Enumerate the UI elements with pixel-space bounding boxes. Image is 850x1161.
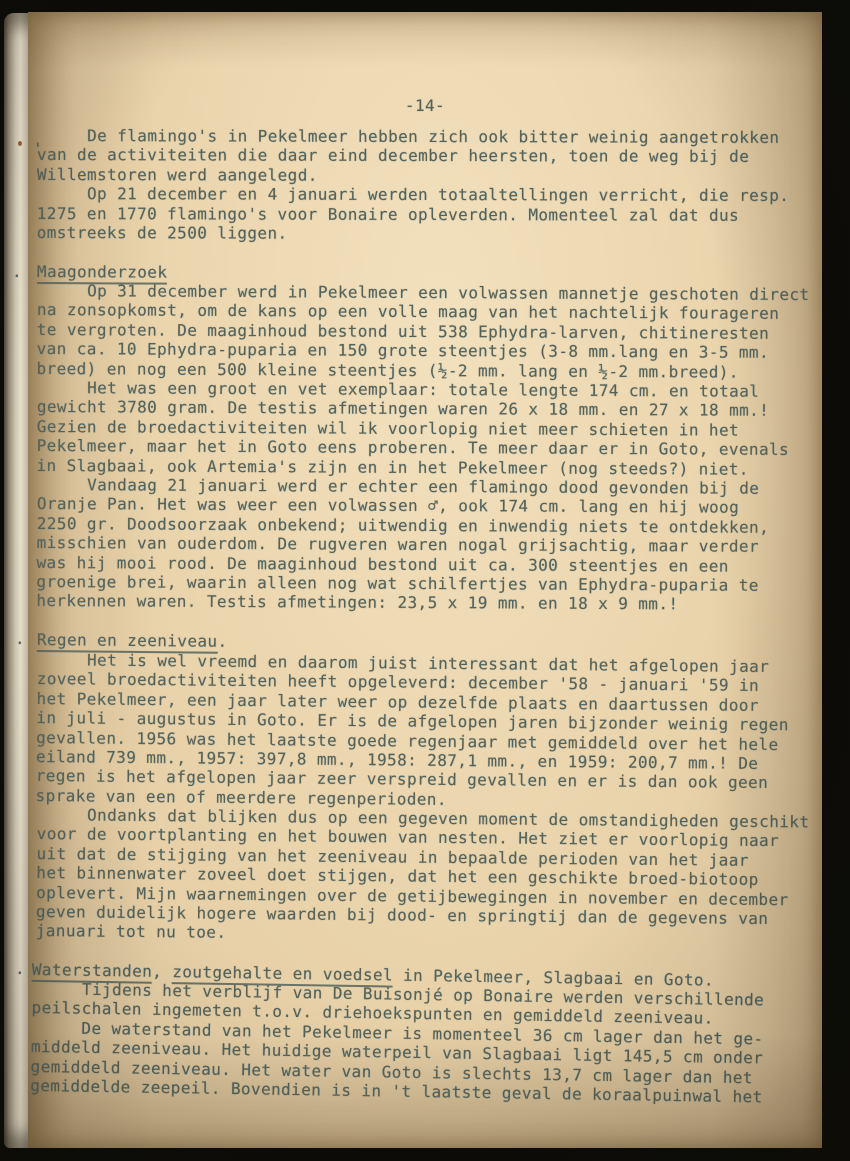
heading-plain-text: . — [217, 632, 227, 651]
margin-dot-maagonderzoek: . — [12, 262, 22, 281]
paragraph: Vandaag 21 januari werd er echter een fl… — [36, 475, 822, 615]
photo-scene: -14- De flamingo's in Pekelmeer hebben z… — [0, 0, 850, 1161]
paragraph: Tijdens het verblijf van De Buisonjé op … — [30, 979, 817, 1108]
page-number: -14- — [28, 96, 822, 116]
paragraph: De flamingo's in Pekelmeer hebben zich o… — [37, 126, 822, 244]
heading-plain-text: , — [152, 962, 172, 981]
text-line: 1275 en 1770 flamingo's voor Bonaire opl… — [37, 204, 822, 225]
text-line: van de activiteiten die daar eind decemb… — [37, 145, 822, 166]
margin-dot-regen: . — [15, 629, 25, 648]
text-line: De flamingo's in Pekelmeer hebben zich o… — [37, 126, 822, 147]
paragraph: Het is wel vreemd en daarom juist intere… — [36, 650, 822, 813]
paragraph: Op 31 december werd in Pekelmeer een vol… — [36, 281, 821, 382]
text-line: omstreeks de 2500 liggen. — [37, 223, 822, 244]
text-line: Op 21 december en 4 januari werden totaa… — [37, 184, 822, 205]
margin-dot-waterstanden: . — [15, 959, 25, 978]
paragraph: Ondanks dat blijken dus op een gegeven m… — [36, 805, 822, 948]
blank-line — [37, 242, 822, 263]
text-line: Willemstoren werd aangelegd. — [37, 165, 822, 186]
document-page: -14- De flamingo's in Pekelmeer hebben z… — [28, 12, 822, 1148]
stray-ink-mark: ' — [33, 139, 43, 158]
text-body: De flamingo's in Pekelmeer hebben zich o… — [28, 126, 822, 1096]
paragraph: Het was een groot en vet exemplaar: tota… — [36, 378, 821, 479]
